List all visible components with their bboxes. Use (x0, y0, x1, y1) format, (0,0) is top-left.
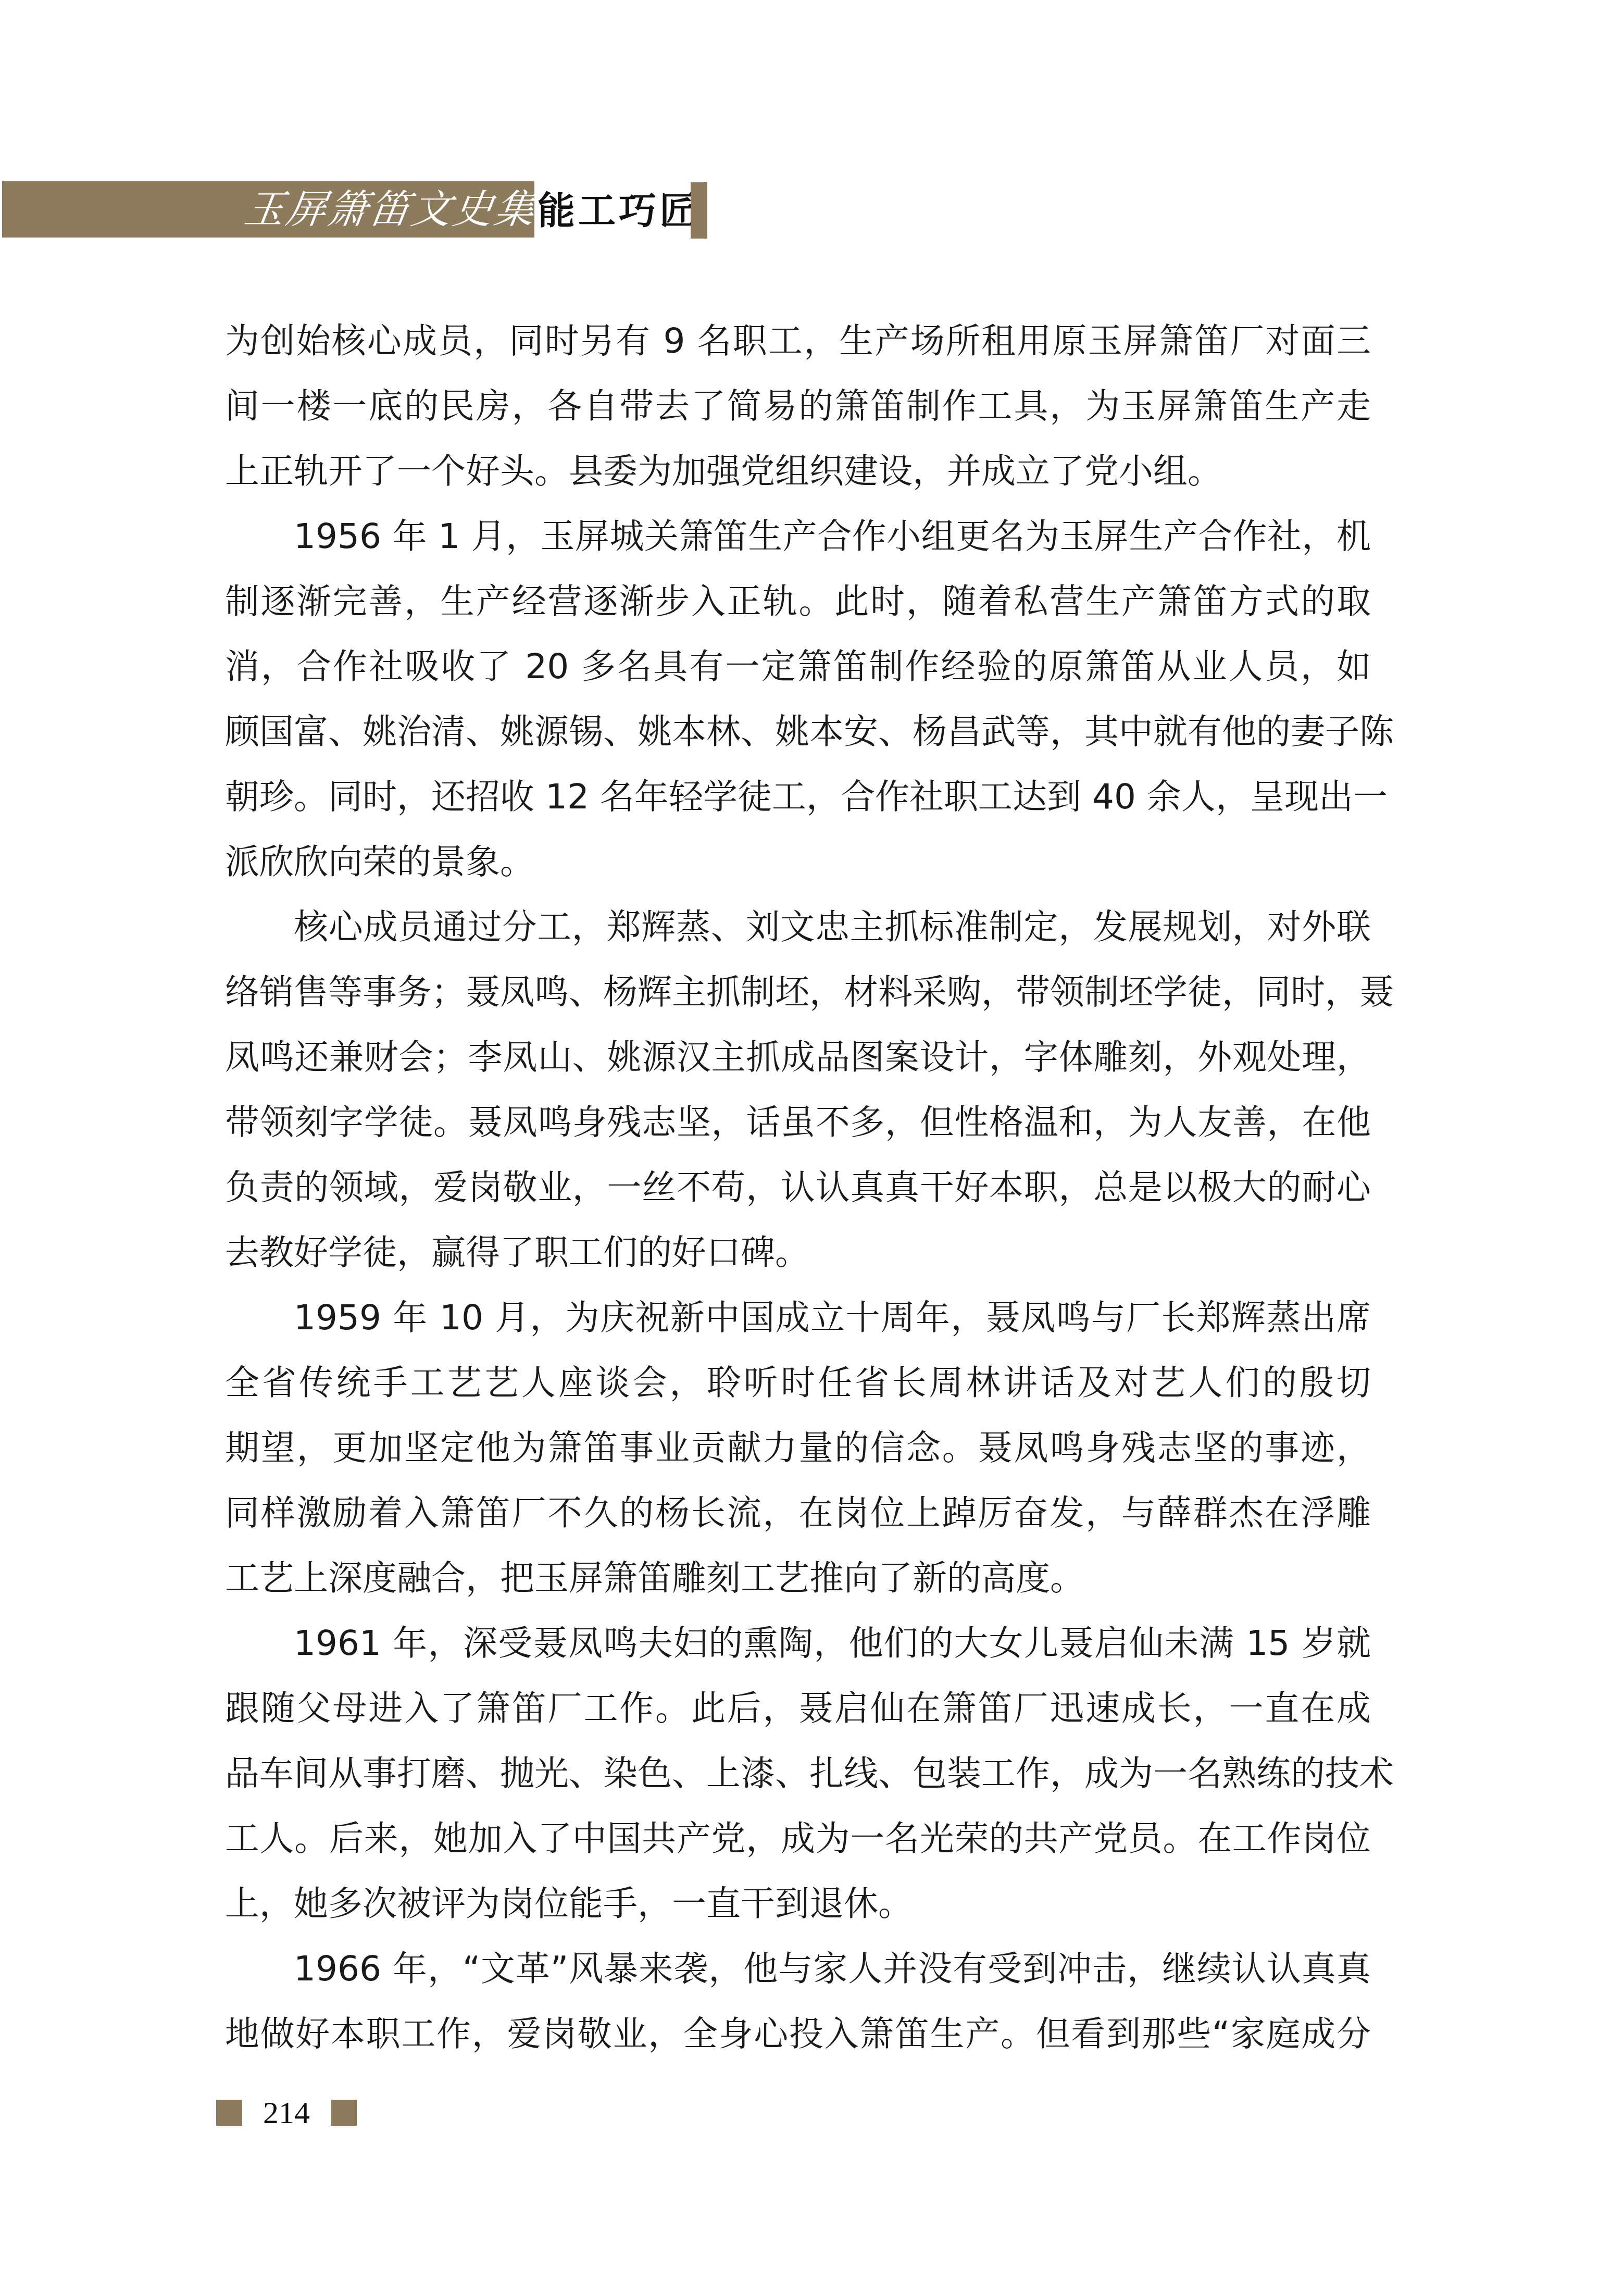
text-line: 带领刻字学徒。聂凤鸣身残志坚，话虽不多，但性格温和，为人友善，在他 (225, 1090, 1371, 1155)
section-bar-decoration (691, 182, 707, 239)
paragraph: 1966 年，“文革”风暴来袭，他与家人并没有受到冲击，继续认认真真地做好本职工… (225, 1936, 1371, 2066)
paragraph: 核心成员通过分工，郑辉蒸、刘文忠主抓标准制定，发展规划，对外联络销售等事务；聂凤… (225, 894, 1371, 1285)
section-title: 能工巧匠 (538, 183, 700, 238)
text-line: 派欣欣向荣的景象。 (225, 829, 1371, 894)
footer-square-left-icon (216, 2100, 242, 2126)
paragraph: 1961 年，深受聂凤鸣夫妇的熏陶，他们的大女儿聂启仙未满 15 岁就跟随父母进… (225, 1611, 1371, 1936)
paragraph: 1959 年 10 月，为庆祝新中国成立十周年，聂凤鸣与厂长郑辉蒸出席全省传统手… (225, 1285, 1371, 1611)
paragraph: 1956 年 1 月，玉屏城关箫笛生产合作小组更名为玉屏生产合作社，机制逐渐完善… (225, 504, 1371, 894)
text-line: 为创始核心成员，同时另有 9 名职工，生产场所租用原玉屏箫笛厂对面三 (225, 308, 1371, 373)
text-line: 跟随父母进入了箫笛厂工作。此后，聂启仙在箫笛厂迅速成长，一直在成 (225, 1676, 1371, 1741)
page-number: 214 (263, 2098, 310, 2127)
series-title: 玉屏箫笛文史集萃 (241, 182, 520, 236)
text-line: 上，她多次被评为岗位能手，一直干到退休。 (225, 1871, 1371, 1936)
text-line: 1966 年，“文革”风暴来袭，他与家人并没有受到冲击，继续认认真真 (225, 1936, 1371, 2001)
text-line: 凤鸣还兼财会；李凤山、姚源汉主抓成品图案设计，字体雕刻，外观处理， (225, 1025, 1371, 1090)
paragraph: 为创始核心成员，同时另有 9 名职工，生产场所租用原玉屏箫笛厂对面三间一楼一底的… (225, 308, 1371, 504)
text-line: 顾国富、姚治清、姚源锡、姚本林、姚本安、杨昌武等，其中就有他的妻子陈 (225, 699, 1371, 764)
text-line: 去教好学徒，赢得了职工们的好口碑。 (225, 1220, 1371, 1285)
text-line: 工人。后来，她加入了中国共产党，成为一名光荣的共产党员。在工作岗位 (225, 1806, 1371, 1871)
text-line: 品车间从事打磨、抛光、染色、上漆、扎线、包装工作，成为一名熟练的技术 (225, 1741, 1371, 1806)
text-line: 1961 年，深受聂凤鸣夫妇的熏陶，他们的大女儿聂启仙未满 15 岁就 (225, 1611, 1371, 1676)
text-line: 地做好本职工作，爱岗敬业，全身心投入箫笛生产。但看到那些“家庭成分 (225, 2001, 1371, 2066)
text-line: 上正轨开了一个好头。县委为加强党组织建设，并成立了党小组。 (225, 439, 1371, 504)
text-line: 1956 年 1 月，玉屏城关箫笛生产合作小组更名为玉屏生产合作社，机 (225, 504, 1371, 569)
text-line: 全省传统手工艺艺人座谈会，聆听时任省长周林讲话及对艺人们的殷切 (225, 1350, 1371, 1415)
text-line: 同样激励着入箫笛厂不久的杨长流，在岗位上踔厉奋发，与薛群杰在浮雕 (225, 1480, 1371, 1545)
text-line: 核心成员通过分工，郑辉蒸、刘文忠主抓标准制定，发展规划，对外联 (225, 894, 1371, 959)
text-line: 负责的领域，爱岗敬业，一丝不苟，认认真真干好本职，总是以极大的耐心 (225, 1155, 1371, 1220)
text-line: 络销售等事务；聂凤鸣、杨辉主抓制坯，材料采购，带领制坯学徒，同时，聂 (225, 959, 1371, 1025)
text-line: 期望，更加坚定他为箫笛事业贡献力量的信念。聂凤鸣身残志坚的事迹， (225, 1415, 1371, 1480)
text-line: 工艺上深度融合，把玉屏箫笛雕刻工艺推向了新的高度。 (225, 1545, 1371, 1611)
page-footer: 214 (216, 2098, 357, 2127)
body-text: 为创始核心成员，同时另有 9 名职工，生产场所租用原玉屏箫笛厂对面三间一楼一底的… (225, 308, 1371, 2066)
text-line: 间一楼一底的民房，各自带去了简易的箫笛制作工具，为玉屏箫笛生产走 (225, 373, 1371, 439)
text-line: 1959 年 10 月，为庆祝新中国成立十周年，聂凤鸣与厂长郑辉蒸出席 (225, 1285, 1371, 1350)
text-line: 制逐渐完善，生产经营逐渐步入正轨。此时，随着私营生产箫笛方式的取 (225, 569, 1371, 634)
text-line: 朝珍。同时，还招收 12 名年轻学徒工，合作社职工达到 40 余人，呈现出一 (225, 764, 1371, 829)
footer-square-right-icon (331, 2100, 357, 2126)
text-line: 消，合作社吸收了 20 多名具有一定箫笛制作经验的原箫笛从业人员，如 (225, 634, 1371, 699)
